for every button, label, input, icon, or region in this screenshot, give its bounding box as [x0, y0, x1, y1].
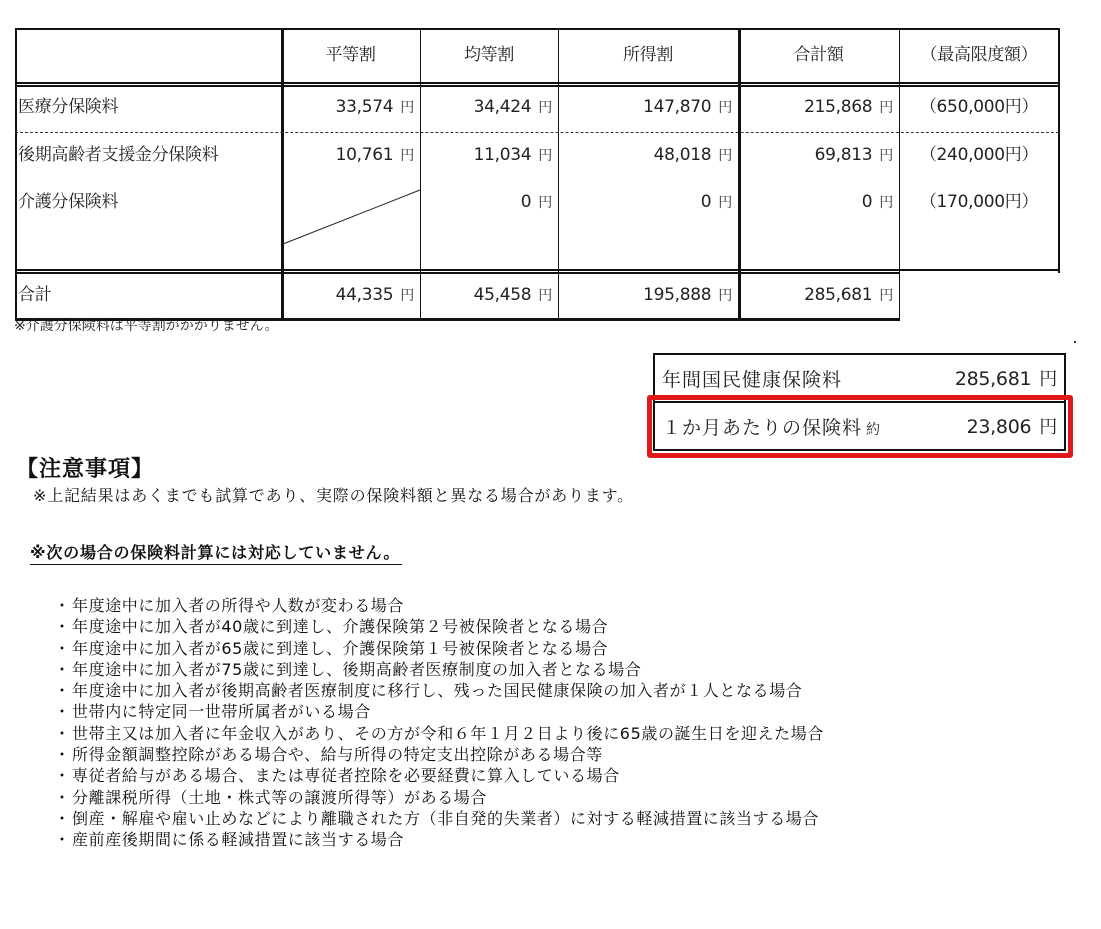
column-header: 合計額 — [738, 28, 899, 83]
bullet-marker: ・ — [54, 808, 72, 829]
not-applicable-diagonal — [283, 188, 421, 246]
column-header: （最高限度額） — [899, 28, 1059, 83]
amount-cell: 0円 — [558, 179, 738, 226]
table-border — [15, 28, 1059, 30]
table-border — [738, 28, 741, 320]
notes-title: 【注意事項】 — [16, 452, 154, 483]
unsupported-case-item: ・専従者給与がある場合、または専従者控除を必要経費に算入している場合 — [54, 765, 824, 786]
total-amount-cell: 285,681円 — [738, 271, 899, 320]
amount-cell: 34,424円 — [420, 83, 558, 132]
unsupported-case-item: ・年度途中に加入者が40歳に到達し、介護保険第２号被保険者となる場合 — [54, 616, 824, 637]
table-border — [15, 82, 1059, 84]
unsupported-case-item: ・分離課税所得（土地・株式等の譲渡所得等）がある場合 — [54, 787, 824, 808]
total-amount-cell: 195,888円 — [558, 271, 738, 320]
unsupported-case-item: ・年度途中に加入者が75歳に到達し、後期高齢者医療制度の加入者となる場合 — [54, 659, 824, 680]
row-label: 医療分保険料 — [15, 83, 281, 132]
table-border — [281, 28, 284, 320]
unsupported-case-item: ・世帯主又は加入者に年金収入があり、その方が令和６年１月２日より後に65歳の誕生… — [54, 723, 824, 744]
bullet-marker: ・ — [54, 765, 72, 786]
bullet-marker: ・ — [54, 829, 72, 850]
unsupported-case-item: ・倒産・解雇や雇い止めなどにより離職された方（非自発的失業者）に対する軽減措置に… — [54, 808, 824, 829]
table-border — [15, 85, 1059, 87]
bullet-marker: ・ — [54, 638, 72, 659]
limit-cell: （170,000円） — [899, 179, 1059, 226]
table-border — [15, 269, 1059, 271]
bullet-marker: ・ — [54, 616, 72, 637]
table-border — [420, 28, 421, 320]
amount-cell: 0円 — [738, 179, 899, 226]
notes-unsupported-heading: ※次の場合の保険料計算には対応していません。 — [30, 540, 402, 565]
unsupported-case-item: ・年度途中に加入者が後期高齢者医療制度に移行し、残った国民健康保険の加入者が１人… — [54, 680, 824, 701]
limit-cell: （650,000円） — [899, 83, 1059, 132]
bullet-marker: ・ — [54, 744, 72, 765]
unsupported-case-item: ・世帯内に特定同一世帯所属者がいる場合 — [54, 701, 824, 722]
column-header — [15, 28, 281, 83]
column-header: 均等割 — [420, 28, 558, 83]
total-row-label: 合計 — [15, 271, 281, 320]
amount-cell: 215,868円 — [738, 83, 899, 132]
table-border — [558, 28, 559, 320]
row-separator — [15, 132, 1059, 133]
notes-disclaimer: ※上記結果はあくまでも試算であり、実際の保険料額と異なる場合があります。 — [33, 483, 634, 506]
unsupported-case-item: ・所得金額調整控除がある場合や、給与所得の特定支出控除がある場合等 — [54, 744, 824, 765]
row-label: 介護分保険料 — [15, 179, 281, 226]
unsupported-case-item: ・産前産後期間に係る軽減措置に該当する場合 — [54, 829, 824, 850]
monthly-highlight-frame — [647, 395, 1073, 458]
amount-cell: 0円 — [420, 179, 558, 226]
stray-dot — [1074, 341, 1076, 343]
unsupported-cases-list: ・年度途中に加入者の所得や人数が変わる場合・年度途中に加入者が40歳に到達し、介… — [54, 595, 824, 851]
unsupported-case-item: ・年度途中に加入者の所得や人数が変わる場合 — [54, 595, 824, 616]
amount-cell: 11,034円 — [420, 132, 558, 179]
amount-cell: 33,574円 — [281, 83, 420, 132]
bullet-marker: ・ — [54, 787, 72, 808]
column-header: 所得割 — [558, 28, 738, 83]
bullet-marker: ・ — [54, 701, 72, 722]
table-border — [15, 28, 17, 320]
limit-cell: （240,000円） — [899, 132, 1059, 179]
table-border — [899, 28, 900, 320]
total-amount-cell: 44,335円 — [281, 271, 420, 320]
amount-cell: 48,018円 — [558, 132, 738, 179]
table-border — [1058, 28, 1060, 273]
bullet-marker: ・ — [54, 659, 72, 680]
amount-cell: 69,813円 — [738, 132, 899, 179]
total-amount-cell: 45,458円 — [420, 271, 558, 320]
annual-premium-label: 年間国民健康保険料 — [662, 365, 955, 392]
bullet-marker: ・ — [54, 723, 72, 744]
amount-cell: 147,870円 — [558, 83, 738, 132]
table-border — [15, 272, 899, 274]
unsupported-case-item: ・年度途中に加入者が65歳に到達し、介護保険第１号被保険者となる場合 — [54, 638, 824, 659]
amount-cell: 10,761円 — [281, 132, 420, 179]
column-header: 平等割 — [281, 28, 420, 83]
annual-premium-value: 285,681円 — [955, 365, 1057, 391]
bullet-marker: ・ — [54, 680, 72, 701]
row-label: 後期高齢者支援金分保険料 — [15, 132, 281, 179]
bullet-marker: ・ — [54, 595, 72, 616]
table-footnote: ※介護分保険料は平等割がかかりません。 — [14, 315, 279, 335]
